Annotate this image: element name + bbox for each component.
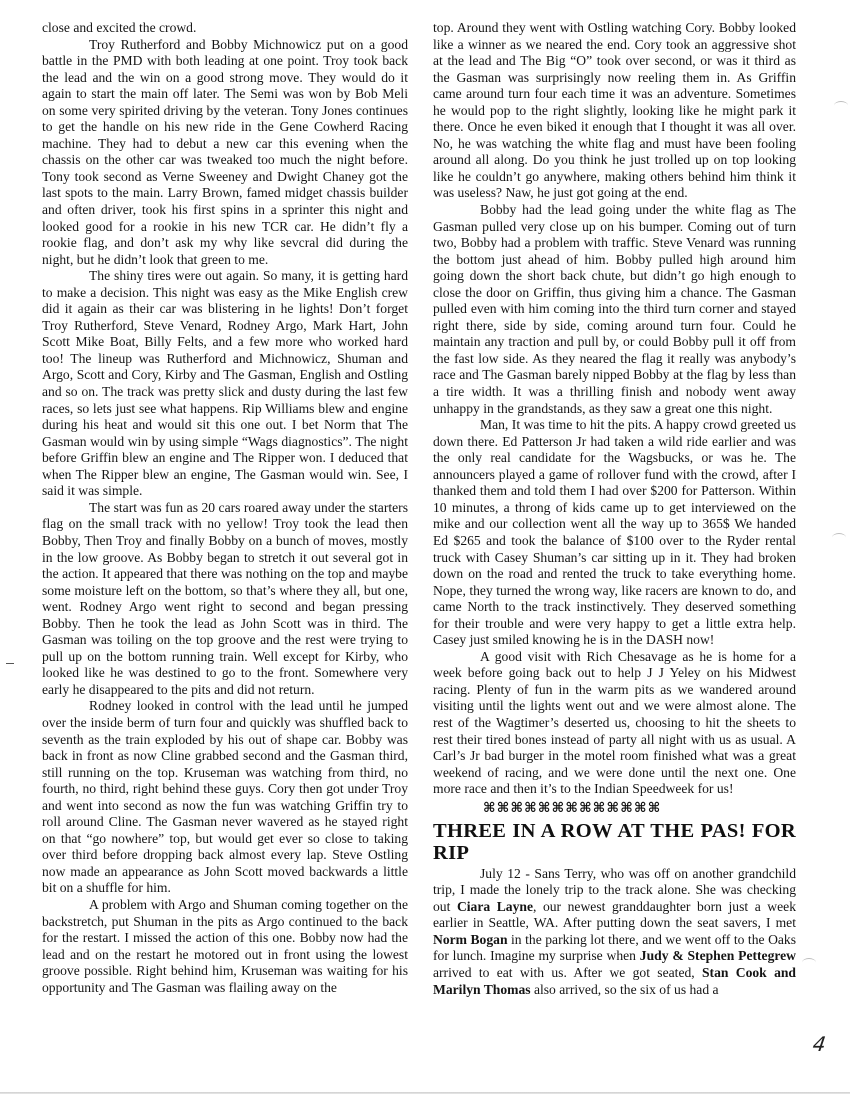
paragraph: A good visit with Rich Chesavage as he i… [433,649,796,798]
scan-punch-mark [802,958,816,967]
person-name: Norm Bogan [433,932,508,947]
section-divider-symbols: ⌘⌘⌘⌘⌘⌘⌘⌘⌘⌘⌘⌘⌘ [433,799,796,817]
scan-punch-mark [832,533,846,542]
paragraph: July 12 - Sans Terry, who was off on ano… [433,866,796,998]
newsletter-page: close and excited the crowd. Troy Ruther… [0,0,850,1100]
section-headline: THREE IN A ROW AT THE PAS! FOR RIP [433,820,796,864]
paragraph: A problem with Argo and Shuman coming to… [42,897,408,996]
paragraph: Bobby had the lead going under the white… [433,202,796,417]
person-name: Ciara Layne [457,899,533,914]
right-column: top. Around they went with Ostling watch… [433,20,796,998]
bottom-rule [0,1092,850,1094]
paragraph: Troy Rutherford and Bobby Michnowicz put… [42,37,408,269]
left-column: close and excited the crowd. Troy Ruther… [42,20,408,996]
paragraph: The shiny tires were out again. So many,… [42,268,408,500]
paragraph: top. Around they went with Ostling watch… [433,20,796,202]
paragraph: Man, It was time to hit the pits. A happ… [433,417,796,649]
page-number: 4 [811,1032,827,1056]
text-run: also arrived, so the six of us had a [531,982,719,997]
margin-mark [6,663,14,664]
paragraph: Rodney looked in control with the lead u… [42,698,408,897]
paragraph: The start was fun as 20 cars roared away… [42,500,408,699]
text-run: arrived to eat with us. After we got sea… [433,965,702,980]
person-name: Judy & Stephen Pettegrew [640,948,796,963]
scan-punch-mark [834,101,848,110]
paragraph: close and excited the crowd. [42,20,408,37]
